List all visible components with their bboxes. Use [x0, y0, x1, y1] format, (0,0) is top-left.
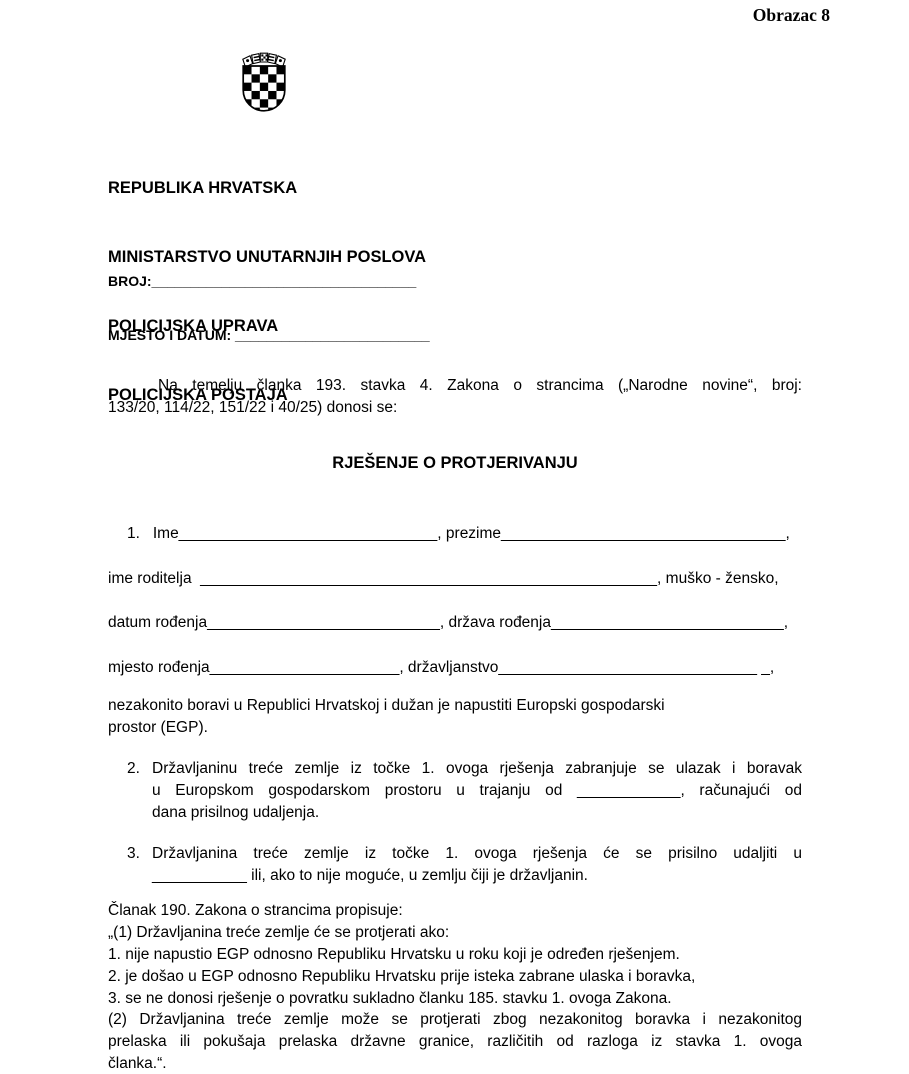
item3-line-1: 3. Državljanina treće zemlje iz točke 1.…	[127, 843, 802, 865]
item2-line-2: u Europskom gospodarskom prostoru u traj…	[152, 780, 802, 802]
item2-number: 2.	[127, 758, 152, 780]
legal-par1-intro: „(1) Državljanina treće zemlje će se pro…	[108, 922, 802, 944]
legal-citation-block: Članak 190. Zakona o strancima propisuje…	[108, 900, 802, 1074]
legal-par1-point1: 1. nije napustio EGP odnosno Republiku H…	[108, 944, 802, 966]
legal-par2-line-2: prelaska ili pokušaja prelaska državne g…	[108, 1031, 802, 1053]
letterhead-country: REPUBLIKA HRVATSKA	[108, 177, 426, 200]
form-number-label: Obrazac 8	[753, 5, 830, 26]
legal-par1-point3: 3. se ne donosi rješenje o povratku sukl…	[108, 988, 802, 1010]
item3-number: 3.	[127, 843, 152, 865]
egp-paragraph-line-2: prostor (EGP).	[108, 717, 208, 739]
case-meta: BROJ:__________________________________ …	[108, 236, 430, 380]
document-title: RJEŠENJE O PROTJERIVANJU	[108, 452, 802, 475]
document-page: Obrazac 8	[0, 0, 909, 1074]
legal-heading: Članak 190. Zakona o strancima propisuje…	[108, 900, 802, 922]
item1-parent-sex-line: ime roditelja __________________________…	[108, 568, 779, 590]
croatia-coat-of-arms-icon	[240, 51, 288, 118]
item2-line-3: dana prisilnog udaljenja.	[152, 802, 319, 824]
egp-paragraph-line-1: nezakonito boravi u Republici Hrvatskoj …	[108, 695, 665, 717]
legal-par1-point2: 2. je došao u EGP odnosno Republiku Hrva…	[108, 966, 802, 988]
legal-par2-line-1: (2) Državljanina treće zemlje može se pr…	[108, 1009, 802, 1031]
place-and-date-line: MJESTO I DATUM: ________________________…	[108, 326, 430, 344]
item2-line-1: 2. Državljaninu treće zemlje iz točke 1.…	[127, 758, 802, 780]
item1-name-surname-line: 1. Ime______________________________, pr…	[127, 523, 790, 545]
intro-line-2: 133/20, 114/22, 151/22 i 40/25) donosi s…	[108, 397, 397, 419]
item3-text-line-1: Državljanina treće zemlje iz točke 1. ov…	[152, 843, 802, 865]
item1-birthdate-country-line: datum rođenja___________________________…	[108, 612, 788, 634]
item3-line-2: ___________ ili, ako to nije moguće, u z…	[152, 865, 588, 887]
item1-birthplace-citizenship-line: mjesto rođenja______________________, dr…	[108, 657, 774, 679]
intro-line-1: Na temelju članka 193. stavka 4. Zakona …	[108, 375, 802, 397]
case-number-line: BROJ:__________________________________	[108, 272, 430, 290]
item2-text-line-1: Državljaninu treće zemlje iz točke 1. ov…	[152, 758, 802, 780]
legal-par2-line-3: članka.“.	[108, 1053, 802, 1074]
